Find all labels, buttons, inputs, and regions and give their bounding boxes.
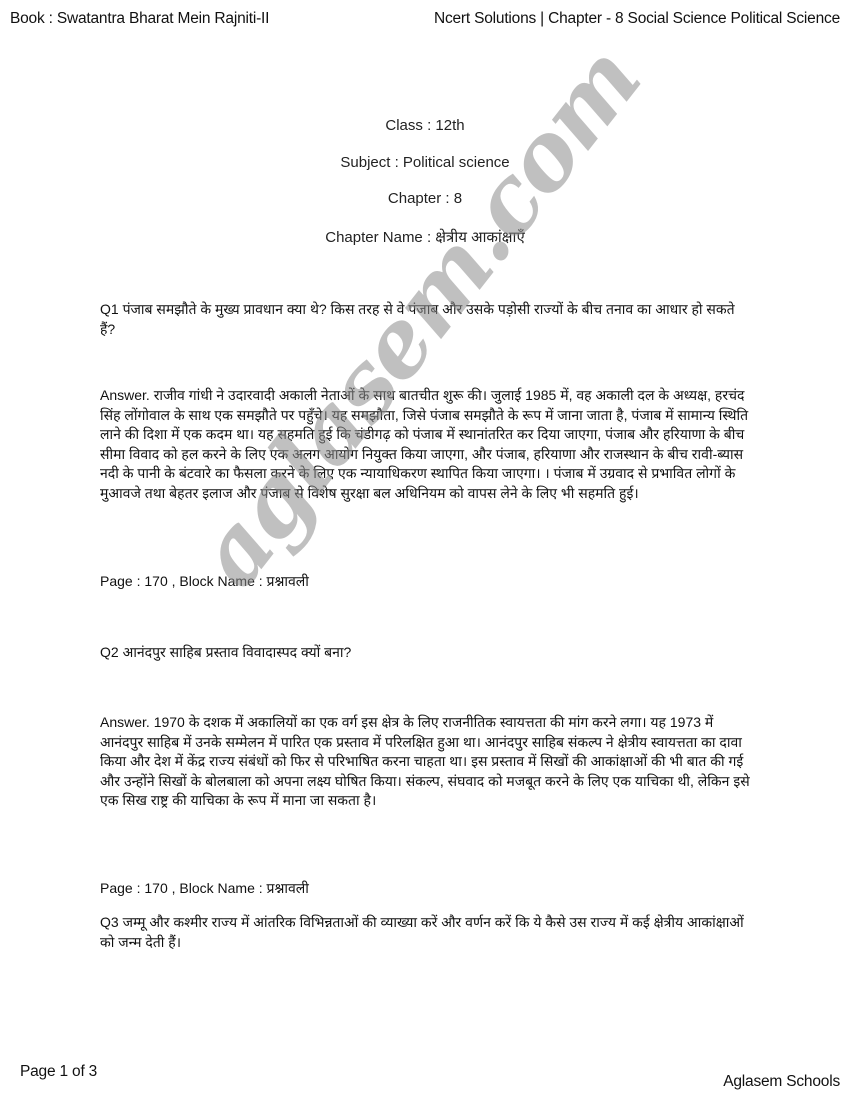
publisher-name: Aglasem Schools <box>723 1073 840 1091</box>
header-book-title: Book : Swatantra Bharat Mein Rajniti-II <box>10 10 269 28</box>
header-series-title: Ncert Solutions | Chapter - 8 Social Sci… <box>434 10 840 28</box>
subject-label: Subject : Political science <box>0 154 850 171</box>
chapter-label: Chapter : 8 <box>0 190 850 207</box>
question-3: Q3 जम्मू और कश्मीर राज्य में आंतरिक विभि… <box>100 913 750 952</box>
answer-1: Answer. राजीव गांधी ने उदारवादी अकाली ने… <box>100 386 750 503</box>
page-number: Page 1 of 3 <box>20 1063 97 1081</box>
source-2: Page : 170 , Block Name : प्रश्नावली <box>100 879 309 898</box>
class-label: Class : 12th <box>0 117 850 134</box>
question-1: Q1 पंजाब समझौते के मुख्य प्रावधान क्या थ… <box>100 300 750 339</box>
question-2: Q2 आनंदपुर साहिब प्रस्ताव विवादास्पद क्य… <box>100 643 750 663</box>
answer-2: Answer. 1970 के दशक में अकालियों का एक व… <box>100 713 750 811</box>
source-1: Page : 170 , Block Name : प्रश्नावली <box>100 572 309 591</box>
chapter-name-label: Chapter Name : क्षेत्रीय आकांक्षाएँ <box>0 227 850 247</box>
